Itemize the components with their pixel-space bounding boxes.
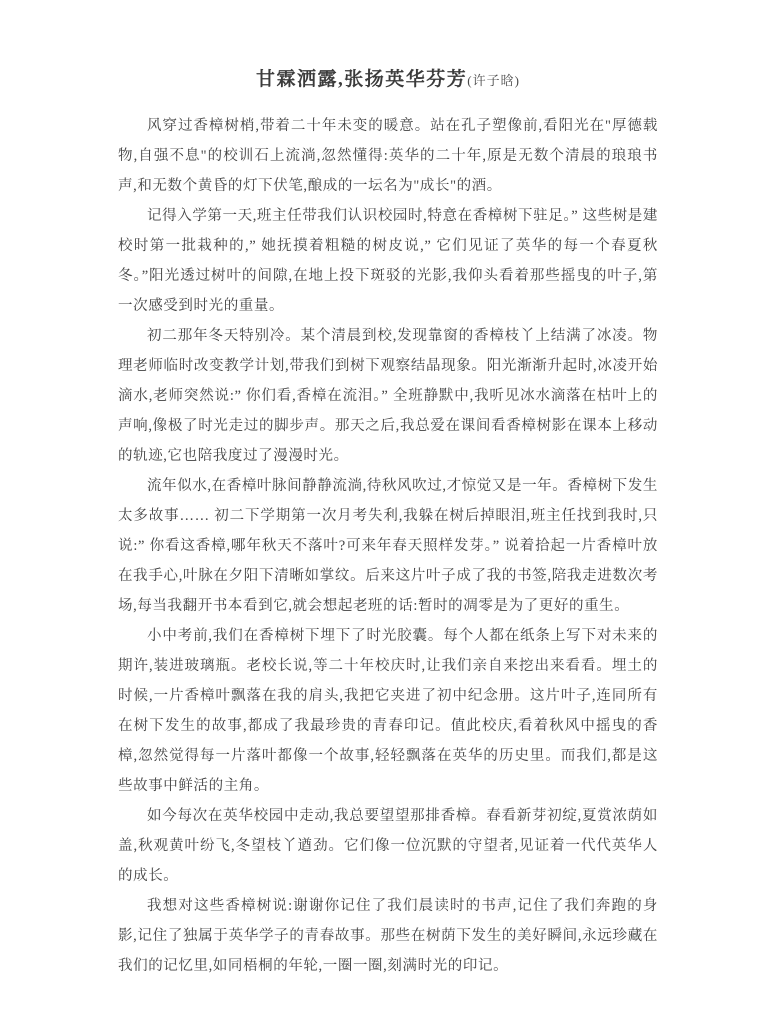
author-name: (许子晗) xyxy=(467,73,520,88)
essay-paragraph: 流年似水,在香樟叶脉间静静流淌,待秋风吹过,才惊觉又是一年。香樟树下发生太多故事… xyxy=(118,471,658,621)
essay-paragraph: 我想对这些香樟树说:谢谢你记住了我们晨读时的书声,记住了我们奔跑的身影,记住了独… xyxy=(118,891,658,981)
document-page: 甘霖洒露,张扬英华芬芳(许子晗) 风穿过香樟树梢,带着二十年未变的暖意。站在孔子… xyxy=(0,0,770,1024)
essay-title-text: 甘霖洒露,张扬英华芬芳 xyxy=(256,69,467,90)
essay-paragraph: 风穿过香樟树梢,带着二十年未变的暖意。站在孔子塑像前,看阳光在"厚德载物,自强不… xyxy=(118,111,658,201)
essay-paragraph: 记得入学第一天,班主任带我们认识校园时,特意在香樟树下驻足。” 这些树是建校时第… xyxy=(118,201,658,321)
essay-paragraph: 初二那年冬天特别冷。某个清晨到校,发现靠窗的香樟枝丫上结满了冰凌。物理老师临时改… xyxy=(118,321,658,471)
page-title: 甘霖洒露,张扬英华芬芳(许子晗) xyxy=(118,66,658,95)
essay-paragraph: 小中考前,我们在香樟树下埋下了时光胶囊。每个人都在纸条上写下对未来的期许,装进玻… xyxy=(118,621,658,801)
essay-paragraph: 如今每次在英华校园中走动,我总要望望那排香樟。春看新芽初绽,夏赏浓荫如盖,秋观黄… xyxy=(118,801,658,891)
essay-content: 甘霖洒露,张扬英华芬芳(许子晗) 风穿过香樟树梢,带着二十年未变的暖意。站在孔子… xyxy=(0,0,770,981)
